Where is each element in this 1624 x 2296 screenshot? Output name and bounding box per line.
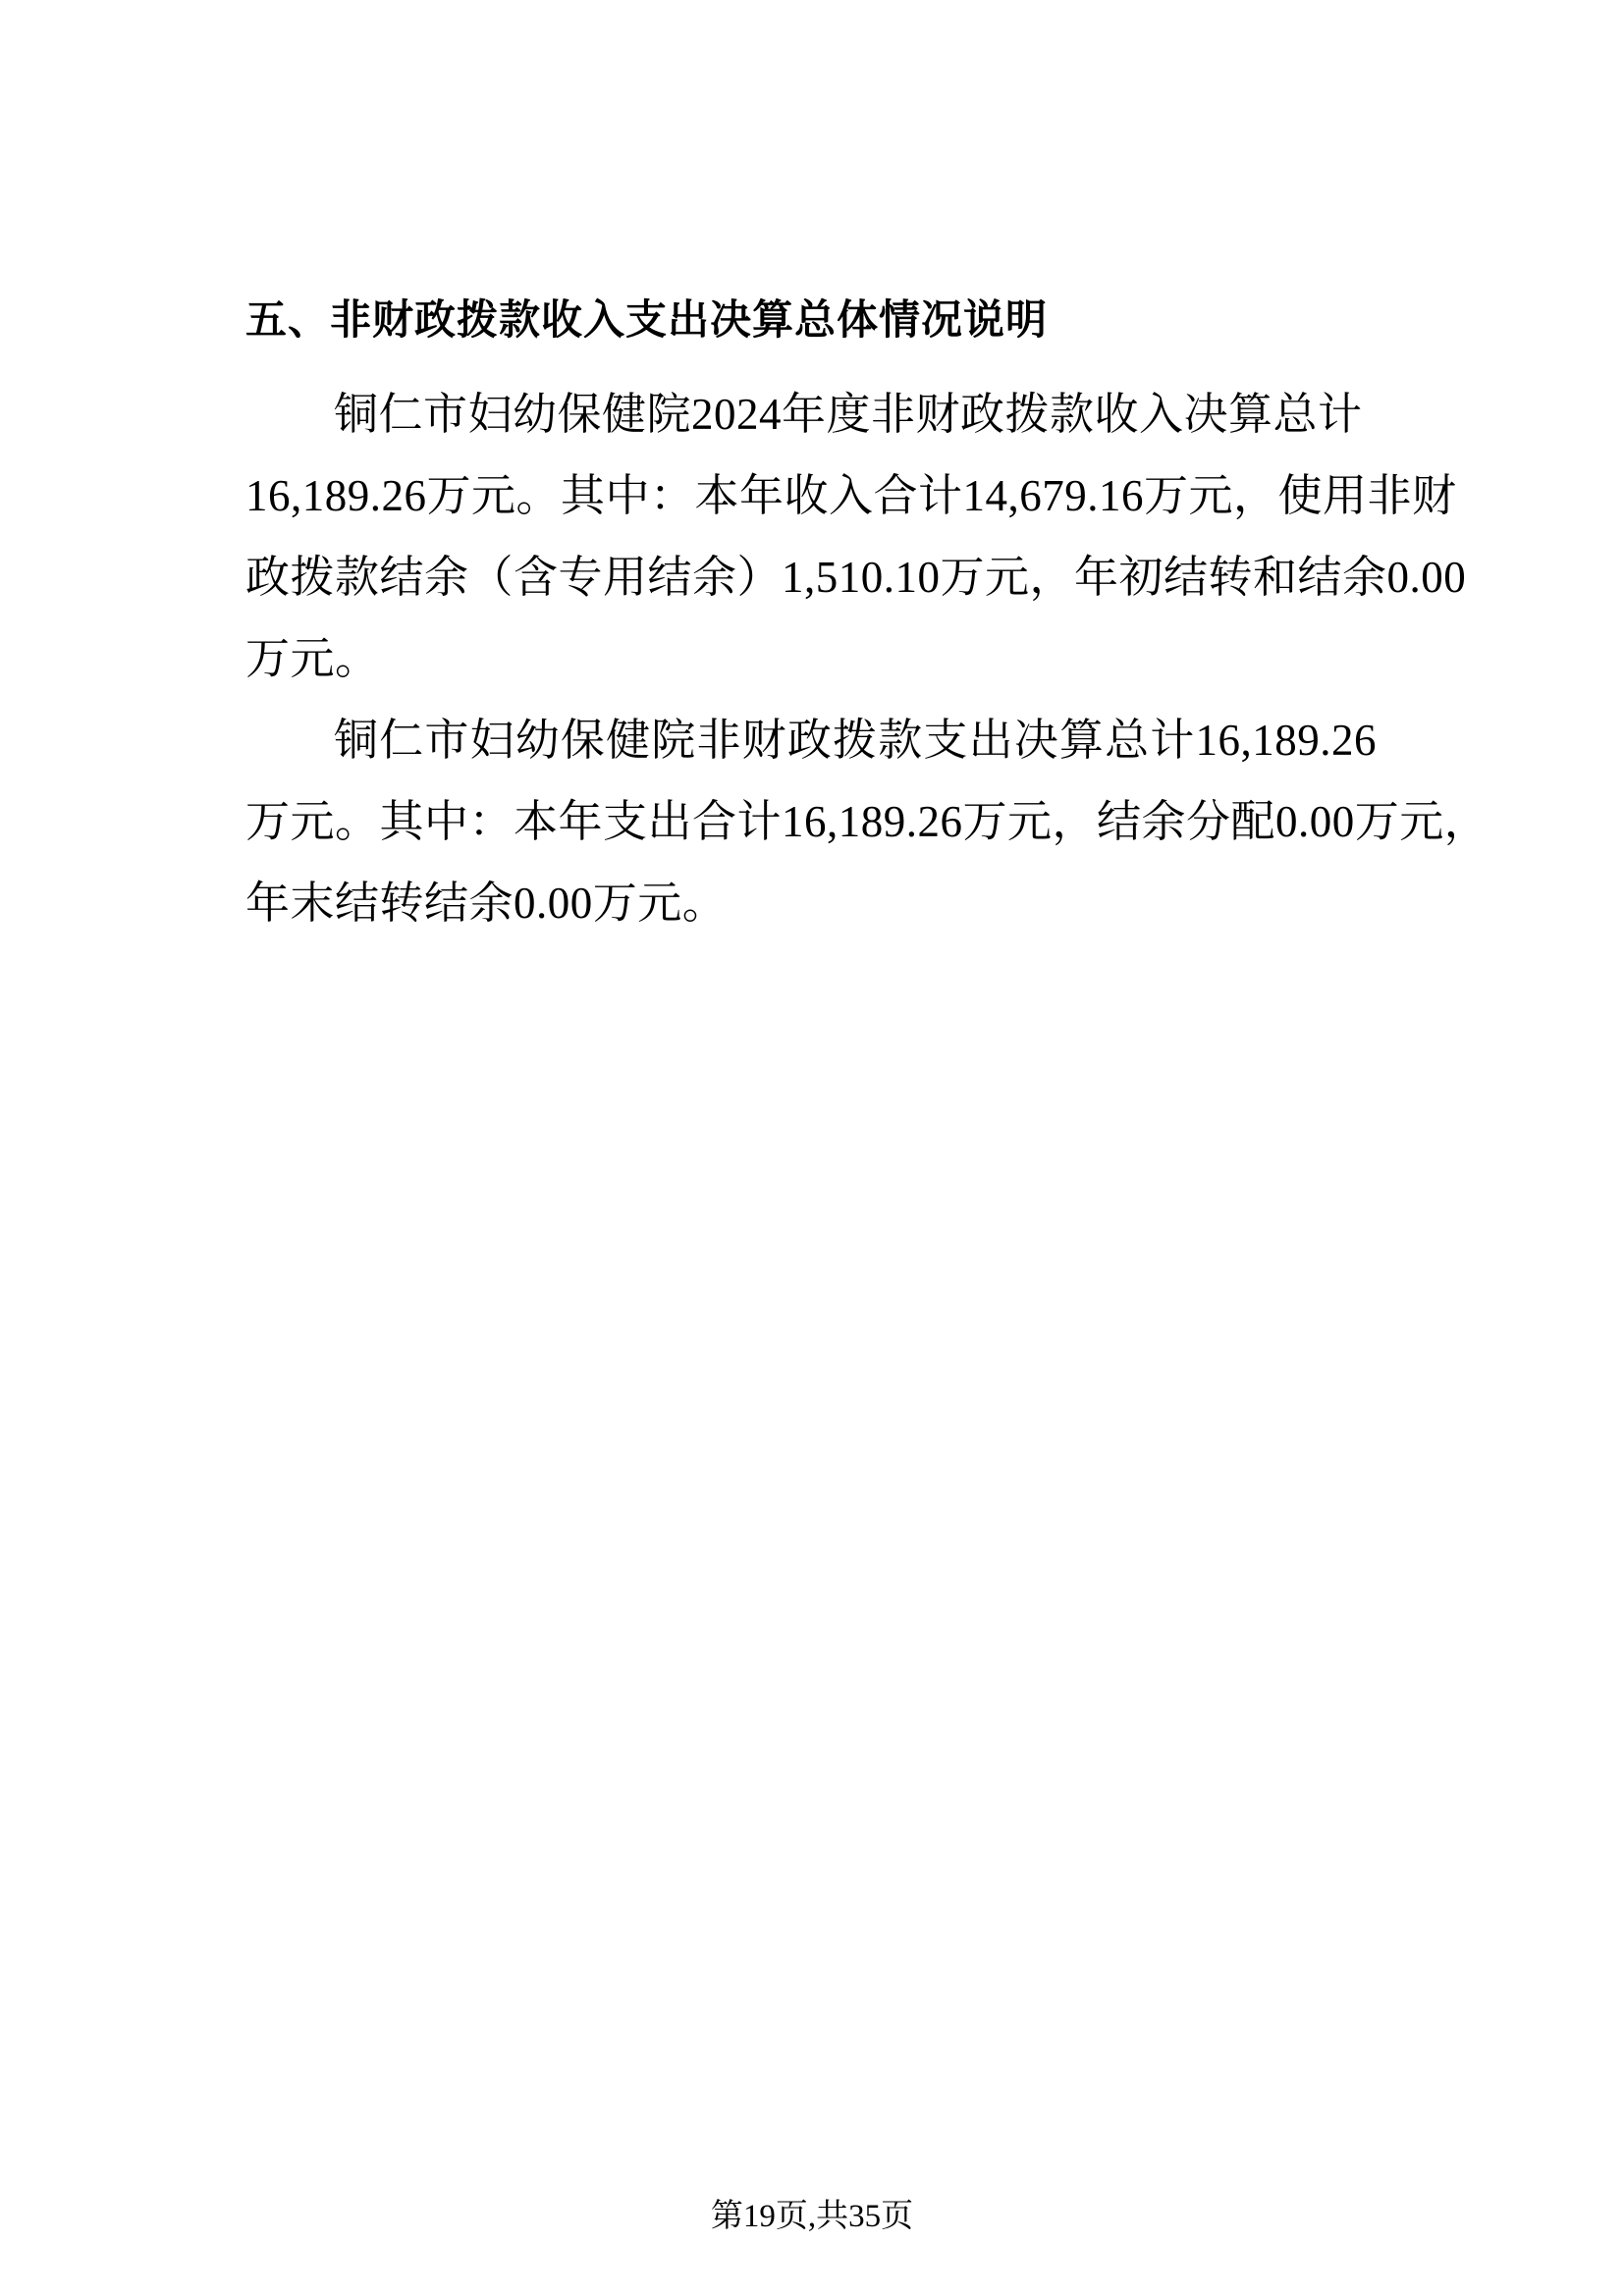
body-line: 年末结转结余0.00万元。	[245, 863, 1377, 944]
body-line: 铜仁市妇幼保健院2024年度非财政拨款收入决算总计	[245, 374, 1377, 455]
document-page: 五、非财政拨款收入支出决算总体情况说明 铜仁市妇幼保健院2024年度非财政拨款收…	[0, 0, 1624, 2296]
section-heading: 五、非财政拨款收入支出决算总体情况说明	[245, 294, 1048, 346]
body-line: 16,189.26万元。其中：本年收入合计14,679.16万元，使用非财	[245, 455, 1377, 537]
body-line: 政拨款结余（含专用结余）1,510.10万元，年初结转和结余0.00	[245, 537, 1377, 618]
body-line: 万元。	[245, 618, 1377, 700]
body-line: 铜仁市妇幼保健院非财政拨款支出决算总计16,189.26	[245, 700, 1377, 781]
body-text: 铜仁市妇幼保健院2024年度非财政拨款收入决算总计 16,189.26万元。其中…	[245, 374, 1377, 944]
page-number: 第19页,共35页	[0, 2195, 1624, 2238]
body-line: 万元。其中：本年支出合计16,189.26万元，结余分配0.00万元，	[245, 781, 1377, 863]
